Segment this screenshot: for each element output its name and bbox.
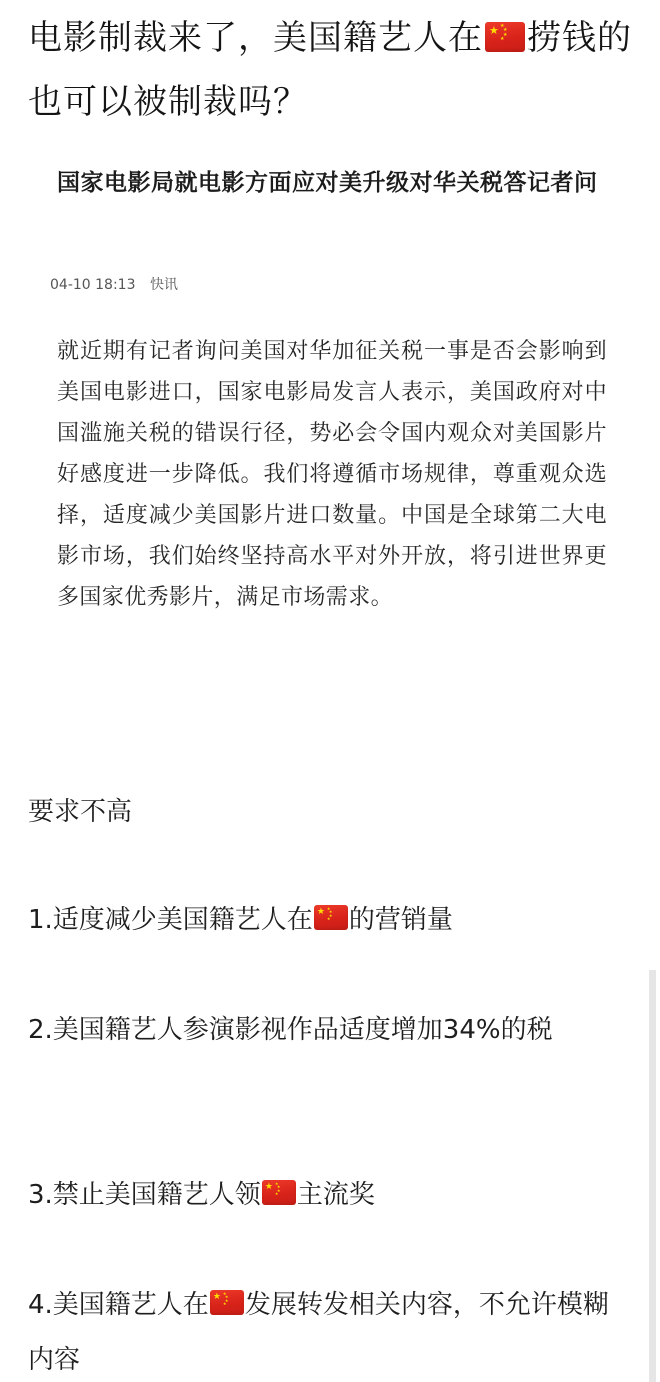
article-source: 快讯 bbox=[150, 277, 178, 293]
demand-item-3: 3.禁止美国籍艺人领★★★★★主流奖 bbox=[28, 1168, 628, 1223]
scrollbar[interactable] bbox=[649, 970, 656, 1382]
commentary-intro: 要求不高 bbox=[28, 790, 132, 834]
demand-item-1: 1.适度减少美国籍艺人在★★★★★的营销量 bbox=[28, 893, 628, 948]
article-datetime: 04-10 18:13 bbox=[50, 277, 135, 293]
demand-text-after: 的营销量 bbox=[349, 905, 453, 935]
demand-text-before: 1.适度减少美国籍艺人在 bbox=[28, 905, 313, 935]
post-title-part-1: 电影制裁来了，美国籍艺人在 bbox=[28, 18, 483, 58]
china-flag-icon: ★★★★★ bbox=[210, 1290, 244, 1315]
china-flag-icon: ★★★★★ bbox=[262, 1180, 296, 1205]
article-body: 就近期有记者询问美国对华加征关税一事是否会影响到美国电影进口，国家电影局发言人表… bbox=[57, 331, 607, 618]
post-title: 电影制裁来了，美国籍艺人在★★★★★捞钱的也可以被制裁吗？ bbox=[28, 6, 638, 134]
demand-item-2: 2.美国籍艺人参演影视作品适度增加34%的税 bbox=[28, 1003, 628, 1058]
article-meta: 04-10 18:13 快讯 bbox=[50, 274, 178, 294]
demand-text: 2.美国籍艺人参演影视作品适度增加34%的税 bbox=[28, 1015, 553, 1045]
article-headline: 国家电影局就电影方面应对美升级对华关税答记者问 bbox=[57, 162, 617, 205]
china-flag-icon: ★★★★★ bbox=[314, 905, 348, 930]
demand-text-before: 3.禁止美国籍艺人领 bbox=[28, 1180, 261, 1210]
demand-text-before: 4.美国籍艺人在 bbox=[28, 1290, 209, 1320]
demand-item-4: 4.美国籍艺人在★★★★★发展转发相关内容，不允许模糊内容 bbox=[28, 1278, 628, 1382]
demand-text-after: 主流奖 bbox=[297, 1180, 375, 1210]
china-flag-icon: ★★★★★ bbox=[485, 22, 525, 52]
